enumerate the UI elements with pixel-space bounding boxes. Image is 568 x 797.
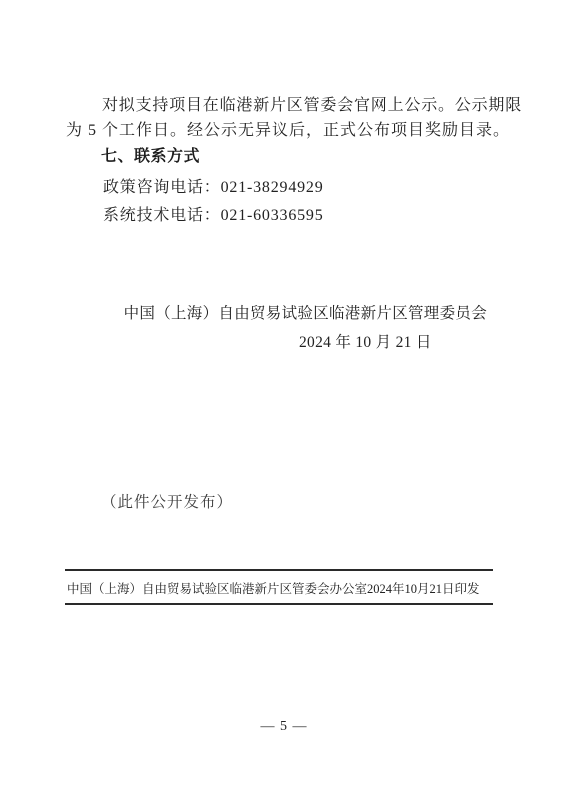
contact-technical-phone: 系统技术电话：021-60336595: [103, 206, 324, 226]
body-paragraph-line-1: 对拟支持项目在临港新片区管委会官网上公示。公示期限: [102, 96, 522, 116]
section-heading-contact-info: 七、联系方式: [101, 147, 200, 167]
footer-issuing-office: 中国（上海）自由贸易试验区临港新片区管委会办公室: [65, 579, 367, 597]
signature-organization: 中国（上海）自由贸易试验区临港新片区管理委员会: [124, 304, 487, 324]
contact-policy-phone: 政策咨询电话：021-38294929: [103, 178, 324, 198]
body-paragraph-line-2: 为 5 个工作日。经公示无异议后，正式公布项目奖励目录。: [66, 121, 510, 141]
footer-print-date: 2024年10月21日印发: [367, 579, 500, 597]
signature-date: 2024 年 10 月 21 日: [299, 333, 432, 353]
document-page: 对拟支持项目在临港新片区管委会官网上公示。公示期限 为 5 个工作日。经公示无异…: [0, 0, 568, 797]
public-release-note: （此件公开发布）: [101, 493, 233, 513]
footer-imprint-block: 中国（上海）自由贸易试验区临港新片区管委会办公室 2024年10月21日印发: [65, 569, 493, 605]
page-number: — 5 —: [0, 719, 568, 735]
